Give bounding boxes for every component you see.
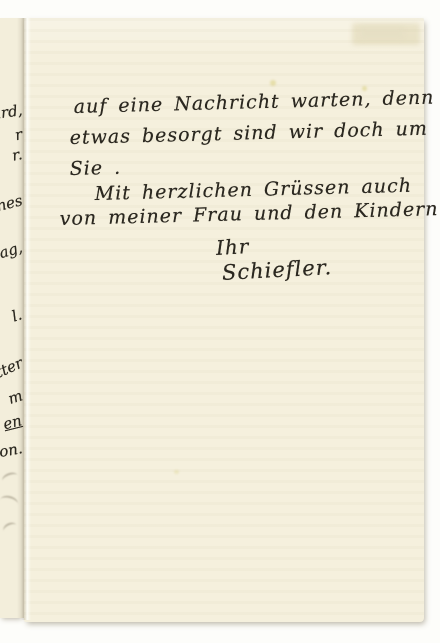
facing-page-word-fragment: nes bbox=[0, 193, 24, 214]
paper-spot bbox=[270, 80, 276, 86]
paper-spot bbox=[174, 470, 179, 474]
facing-page-word-fragment: r. bbox=[11, 147, 24, 164]
facing-page-word-fragment: on. bbox=[0, 441, 23, 460]
facing-page-word-fragment: m bbox=[6, 388, 24, 407]
facing-page-word-fragment: r bbox=[13, 127, 23, 143]
signature: Schiefler. bbox=[222, 257, 333, 284]
faint-pencil-mark bbox=[2, 521, 19, 536]
faint-corner-mark bbox=[360, 27, 404, 39]
handwriting-line: Sie . bbox=[70, 159, 122, 179]
handwriting-line: etwas besorgt sind wir doch um bbox=[70, 120, 429, 148]
handwriting-line: auf eine Nachricht warten, denn bbox=[74, 89, 435, 117]
faint-pencil-mark bbox=[0, 494, 19, 510]
facing-page-word-fragment: lag, bbox=[0, 240, 24, 262]
letter-page: auf eine Nachricht warten, denn etwas be… bbox=[24, 18, 424, 622]
faint-pencil-mark bbox=[1, 471, 19, 486]
facing-page-sliver: ird, r r. nes lag, l. ätter m en on. bbox=[0, 18, 24, 618]
facing-page-word-fragment: l. bbox=[11, 307, 25, 324]
scan-background: ird, r r. nes lag, l. ätter m en on. auf… bbox=[0, 0, 440, 643]
facing-page-word-fragment: ätter bbox=[0, 356, 25, 385]
closing-word: Ihr bbox=[215, 236, 249, 258]
facing-page-word-fragment: ird, bbox=[0, 103, 23, 122]
facing-page-word-fragment: en bbox=[2, 413, 24, 432]
